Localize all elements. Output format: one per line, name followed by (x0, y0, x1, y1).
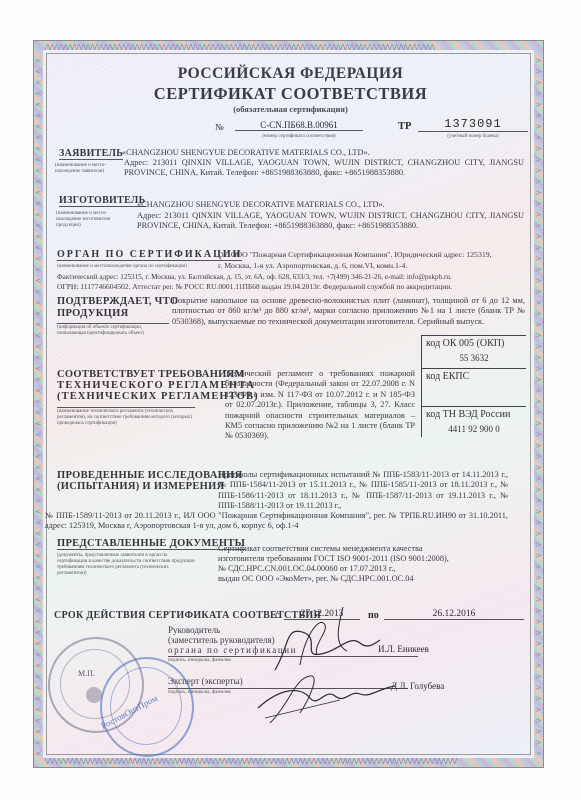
border-pattern-right: > > > > > > > > > > > > > > > > > > > > … (535, 55, 543, 755)
head-title-line1: Руководитель (168, 625, 220, 636)
manufacturer-address: Адрес: 213011 QINXIN VILLAGE, YAOGUAN TO… (137, 211, 524, 232)
tnved-code-value: 4411 92 900 0 (422, 424, 526, 434)
applicant-name: «CHANGZHOU SHENGYUE DECORATIVE MATERIALS… (122, 148, 370, 158)
tests-label-line2: (ИСПЫТАНИЯ) И ИЗМЕРЕНИЯ (57, 481, 224, 492)
validity-to-date: 26.12.2016 (384, 609, 524, 620)
manufacturer-label: ИЗГОТОВИТЕЛЬ (59, 195, 146, 207)
product-description: Покрытие напольное на основе древесно-во… (172, 296, 525, 327)
country-title: РОССИЙСКАЯ ФЕДЕРАЦИЯ (0, 65, 581, 83)
head-name: И.Л. Еникеев (378, 644, 429, 654)
regulation-label-line1: СООТВЕТСТВУЕТ ТРЕБОВАНИЯМ (57, 369, 245, 380)
cert-body-line2: г. Москва, 1-я ул. Аэропортовская, д. 6,… (218, 261, 407, 271)
applicant-caption: (наименование и место-нахождение заявите… (55, 163, 125, 175)
border-pattern-top: ΛΛΛΛΛΛΛΛΛΛΛΛΛΛΛΛΛΛΛΛΛΛΛΛΛΛΛΛΛΛΛΛΛΛΛΛΛΛΛΛ… (45, 43, 535, 52)
product-caption: (информация об объекте сертификации, поз… (57, 323, 169, 337)
certificate-title: СЕРТИФИКАТ СООТВЕТСТВИЯ (0, 84, 581, 104)
okp-code-label: код ОК 005 (ОКП) (422, 336, 526, 351)
manufacturer-name: «CHANGZHOU SHENGYUE DECORATIVE MATERIALS… (137, 200, 385, 210)
tnved-code-box: код ТН ВЭД России 4411 92 900 0 (421, 406, 526, 437)
ekps-code-label: код ЕКПС (422, 369, 526, 384)
head-title-line2: (заместитель руководителя) (168, 635, 275, 646)
head-signature (265, 605, 385, 675)
stamp-mp-text: М.П. (78, 669, 95, 678)
documents-line2: изготовителя требованиям ГОСТ ISO 9001-2… (218, 554, 449, 564)
okp-code-value: 55 3632 (422, 353, 526, 363)
tr-prefix: ТР (398, 121, 411, 132)
regulation-text: Технический регламент о требованиях пожа… (225, 369, 415, 442)
manufacturer-caption: (наименование и место-нахождение изготов… (56, 211, 126, 229)
tests-text-full: № ППБ-1589/11-2013 от 20.11.2013 г., ИЛ … (45, 511, 508, 532)
tnved-code-label: код ТН ВЭД России (422, 407, 526, 422)
blue-stamp: РостовОптПром (100, 657, 194, 757)
documents-caption: (документы, представленные заявителем в … (57, 553, 197, 577)
head-signature-caption: подпись, инициалы, фамилия (168, 658, 231, 664)
tests-text-indented: Протоколы сертификационных испытаний № П… (218, 470, 508, 512)
regulation-caption: (наименование технического регламента (т… (57, 407, 195, 427)
cert-body-line1: ОС ООО "Пожарная Сертификационная Компан… (218, 250, 492, 260)
tests-label-line1: ПРОВЕДЕННЫЕ ИССЛЕДОВАНИЯ (57, 470, 243, 481)
documents-line4: выдан ОС ООО «ЭкоМет», рег. № СДС.НРС.00… (218, 574, 414, 584)
certificate-number: С-CN.ПБ68.В.00961 (235, 120, 363, 131)
documents-line1: Сертификат соответствия системы менеджме… (218, 544, 423, 554)
number-prefix: № (215, 122, 224, 132)
certificate-subtitle: (обязательная сертификация) (0, 104, 581, 114)
border-pattern-left: < < < < < < < < < < < < < < < < < < < < … (35, 55, 43, 755)
cert-body-caption: (наименование и местонахождение органа п… (57, 264, 217, 270)
cert-body-label: ОРГАН ПО СЕРТИФИКАЦИИ (57, 249, 242, 261)
documents-line3: № СДС.НРС.CN.001.ОС.04.00060 от 17.07.20… (218, 564, 395, 574)
applicant-address: Адрес: 213011 QINXIN VILLAGE, YAOGUAN TO… (124, 158, 524, 179)
blank-number: 1373091 (418, 117, 528, 132)
expert-signature (250, 668, 400, 728)
certificate-number-caption: (номер сертификата соответствия) (235, 134, 363, 140)
cert-body-line4: ОГРН: 1117746604502. Аттестат рег. № РОС… (57, 282, 452, 292)
border-pattern-bottom: VVVVVVVVVVVVVVVVVVVVVVVVVVVVVVVVVVVVVVVV… (45, 757, 535, 766)
product-label-line2: ПРОДУКЦИЯ (57, 308, 128, 319)
cert-body-line3: Фактический адрес: 125315, г. Москва, ул… (57, 272, 452, 282)
ekps-code-box: код ЕКПС (421, 368, 526, 407)
product-label-line1: ПОДТВЕРЖДАЕТ, ЧТО (57, 296, 178, 307)
blank-number-caption: (учетный номер бланка) (418, 134, 528, 140)
applicant-label: ЗАЯВИТЕЛЬ (59, 148, 123, 160)
